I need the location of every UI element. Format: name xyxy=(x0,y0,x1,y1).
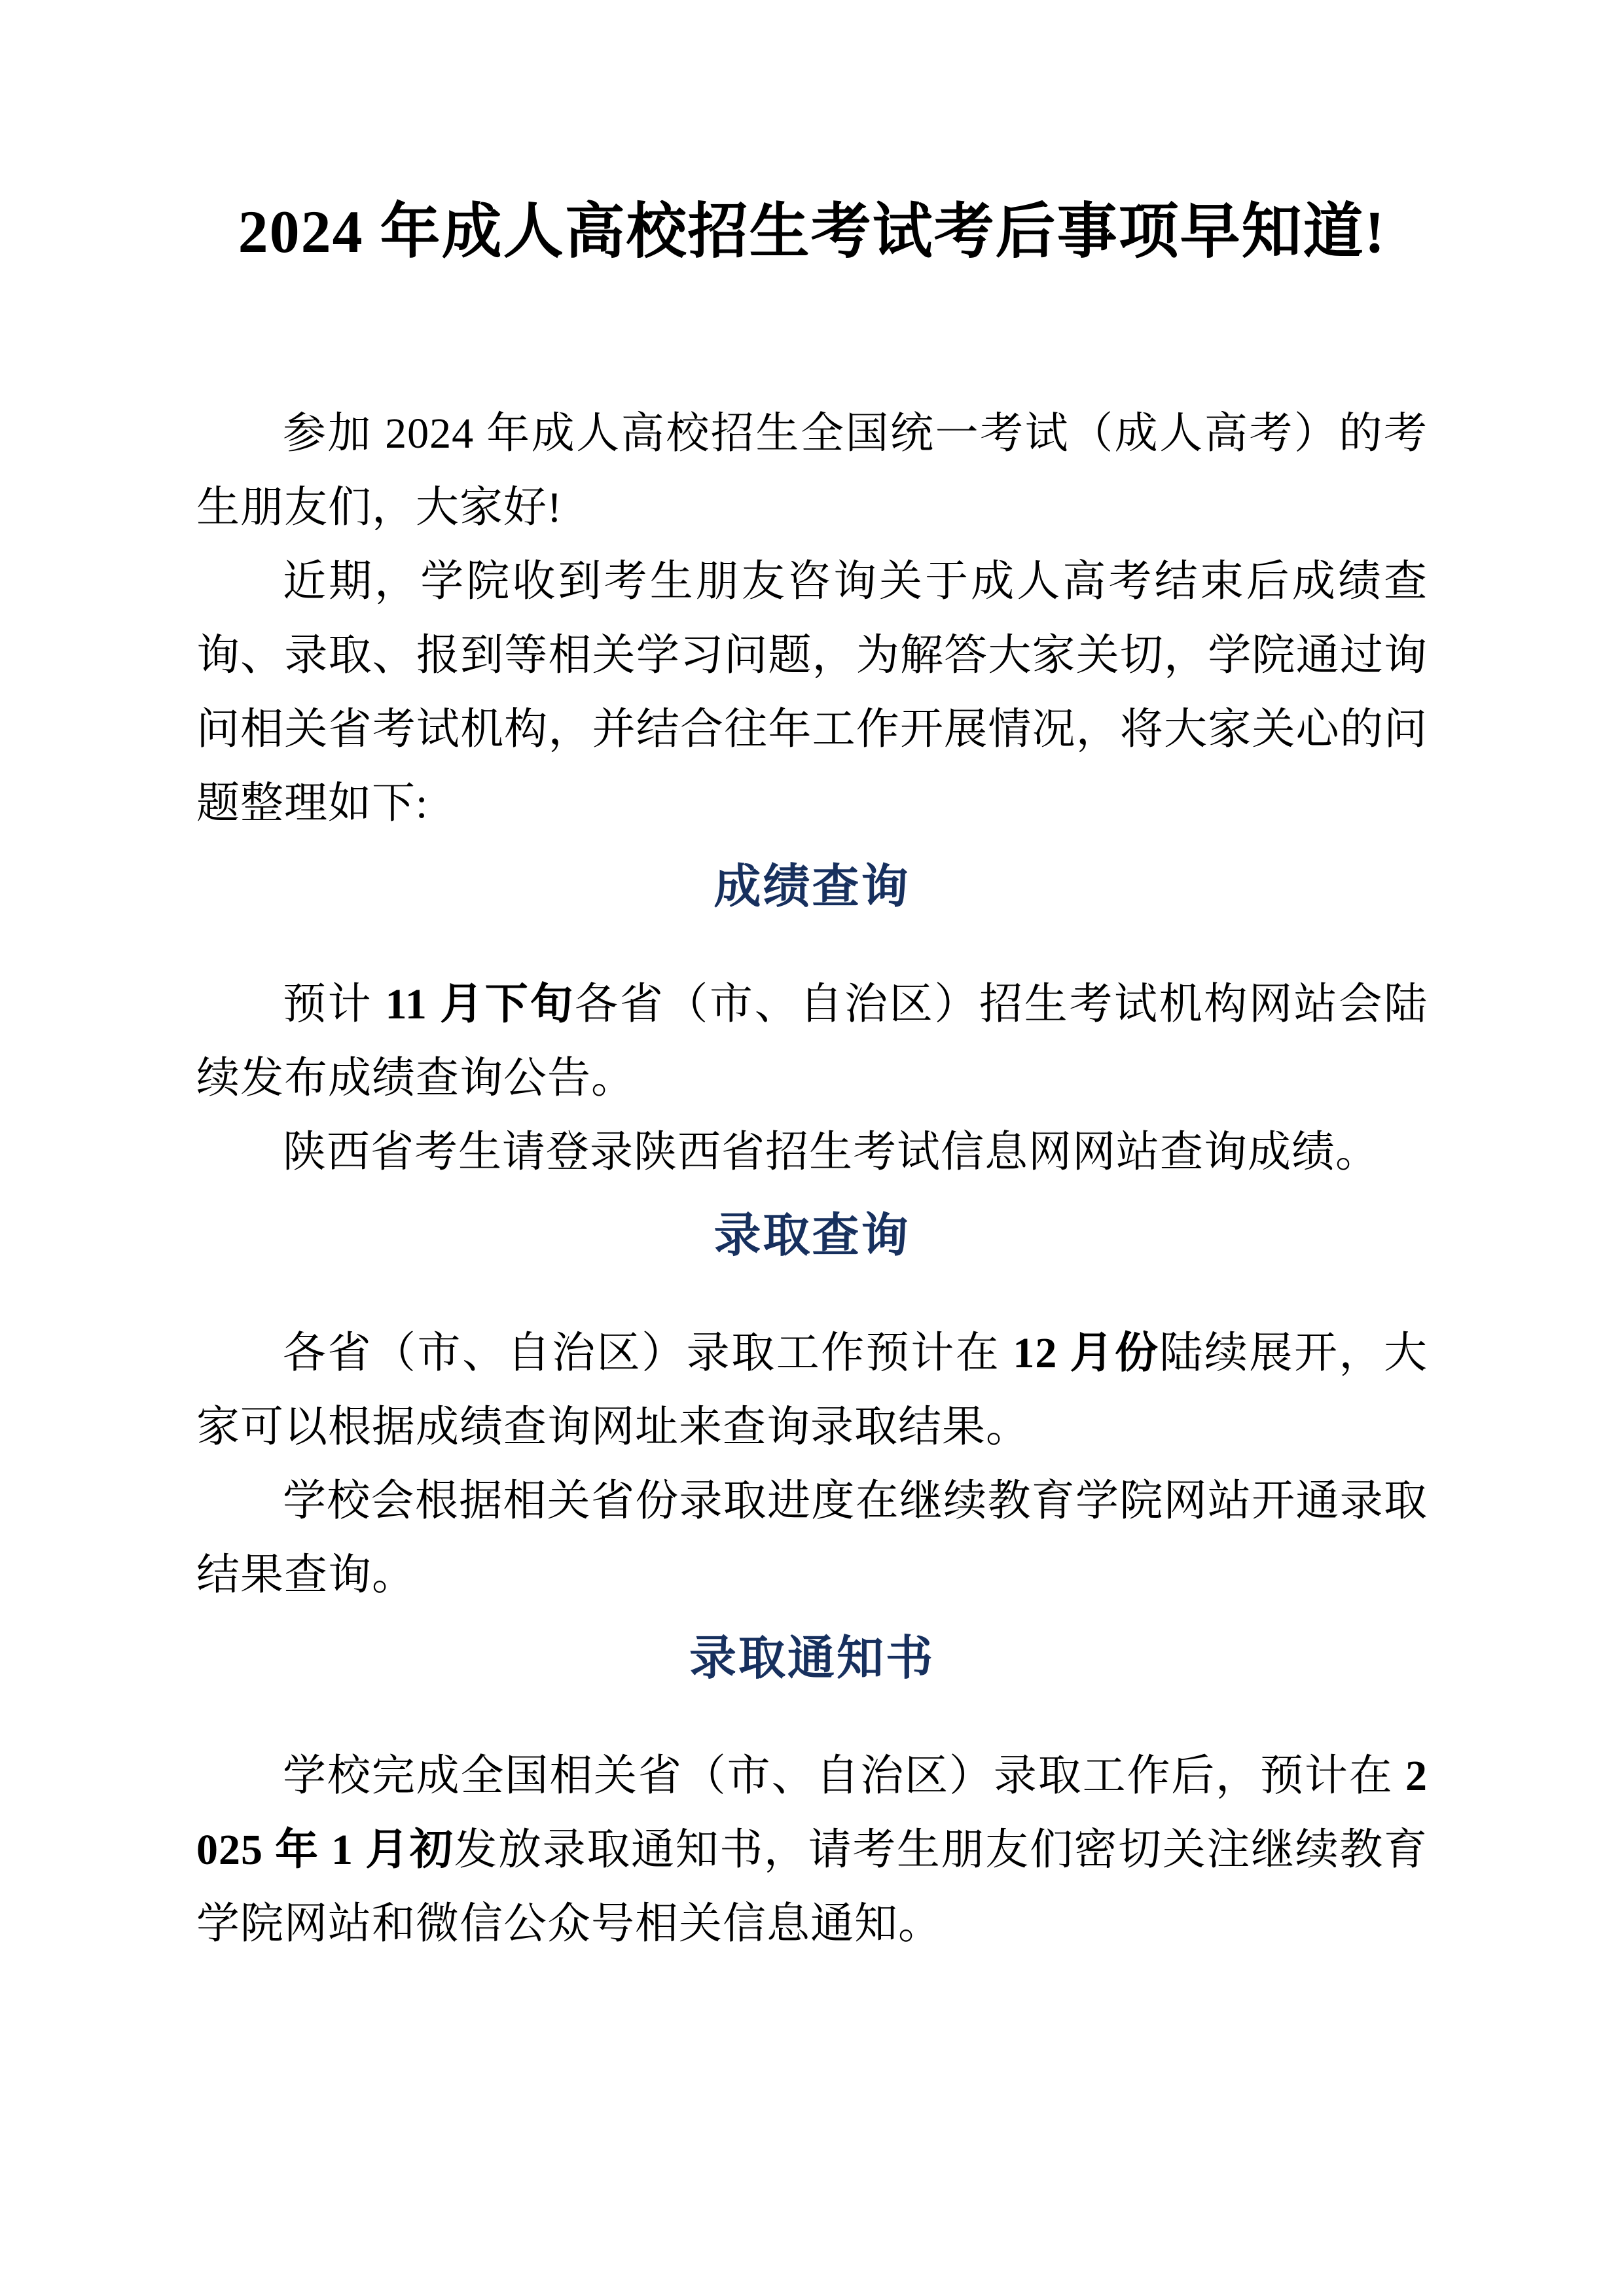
section-heading: 录取通知书 xyxy=(196,1630,1428,1687)
section-heading: 录取查询 xyxy=(196,1208,1428,1264)
body-paragraph: 学校会根据相关省份录取进度在继续教育学院网站开通录取结果查询。 xyxy=(196,1464,1428,1612)
bold-text-run: 12 月份 xyxy=(1013,1329,1159,1377)
document-content: 2024 年成人高校招生考试考后事项早知道! 参加 2024 年成人高校招生全国… xyxy=(196,191,1428,1961)
document-page: 2024 年成人高校招生考试考后事项早知道! 参加 2024 年成人高校招生全国… xyxy=(0,0,1624,2296)
body-paragraph: 预计 11 月下旬各省（市、自治区）招生考试机构网站会陆续发布成绩查询公告。 xyxy=(196,967,1428,1115)
bold-text-run: 11 月下旬 xyxy=(386,980,575,1028)
body-paragraph: 参加 2024 年成人高校招生全国统一考试（成人高考）的考生朋友们，大家好! xyxy=(196,397,1428,545)
text-run: 学校会根据相关省份录取进度在继续教育学院网站开通录取结果查询。 xyxy=(196,1477,1428,1599)
section-heading: 成绩查询 xyxy=(196,859,1428,915)
text-run: 参加 2024 年成人高校招生全国统一考试（成人高考）的考生朋友们，大家好! xyxy=(196,410,1428,531)
text-run: 近期，学院收到考生朋友咨询关于成人高考结束后成绩查询、录取、报到等相关学习问题，… xyxy=(196,558,1428,827)
body-paragraph: 陕西省考生请登录陕西省招生考试信息网网站查询成绩。 xyxy=(196,1115,1428,1189)
text-run: 陕西省考生请登录陕西省招生考试信息网网站查询成绩。 xyxy=(283,1128,1379,1176)
document-title: 2024 年成人高校招生考试考后事项早知道! xyxy=(196,191,1428,272)
text-run: 各省（市、自治区）录取工作预计在 xyxy=(283,1329,1013,1377)
body-paragraph: 学校完成全国相关省（市、自治区）录取工作后，预计在 2025 年 1 月初发放录… xyxy=(196,1739,1428,1961)
document-body: 参加 2024 年成人高校招生全国统一考试（成人高考）的考生朋友们，大家好!近期… xyxy=(196,397,1428,1961)
text-run: 预计 xyxy=(283,980,386,1028)
text-run: 学校完成全国相关省（市、自治区）录取工作后，预计在 xyxy=(283,1752,1405,1800)
body-paragraph: 近期，学院收到考生朋友咨询关于成人高考结束后成绩查询、录取、报到等相关学习问题，… xyxy=(196,545,1428,840)
body-paragraph: 各省（市、自治区）录取工作预计在 12 月份陆续展开，大家可以根据成绩查询网址来… xyxy=(196,1316,1428,1464)
